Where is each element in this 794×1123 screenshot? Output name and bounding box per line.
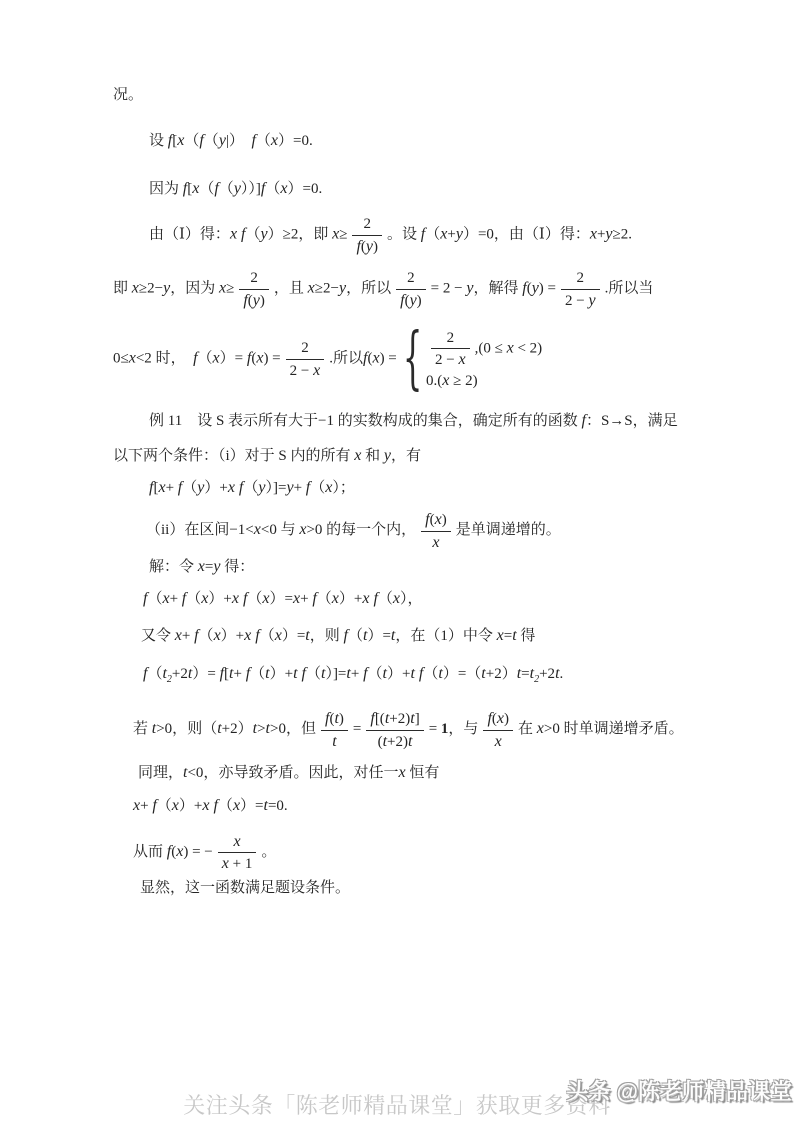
text-run: x <box>497 710 504 727</box>
text-run: ) <box>339 711 344 727</box>
text-run: （ <box>199 181 214 197</box>
text-run: ≥ <box>226 281 234 297</box>
text-run: 由（Ⅰ）得： <box>149 226 230 242</box>
text-run: ）]= <box>266 480 287 496</box>
text-run: ≥ 2) <box>449 373 477 389</box>
text-run: ）= <box>270 591 293 607</box>
text-run: 恒有 <box>406 765 440 781</box>
text-run: x <box>132 280 139 297</box>
text-run: +2) <box>389 711 410 727</box>
text-run: 。 <box>261 844 276 860</box>
fraction-denominator: 2 − x <box>431 349 470 369</box>
text-run: y <box>261 225 268 242</box>
text-run: x <box>233 833 240 850</box>
fraction: f(x)x <box>483 709 513 750</box>
text-run: 显然，这一函数满足题设条件。 <box>140 880 350 896</box>
text-run: ) = <box>263 351 280 367</box>
text-run: （ <box>306 666 321 682</box>
text-run: x f <box>202 797 218 814</box>
document-content: 况。设 f[x（f（y|） f（x）=0.因为 f[x（f（y））]f（x）=0… <box>113 84 695 900</box>
fraction-numerator: 2 <box>286 339 325 360</box>
text-run: t f <box>410 665 423 682</box>
text-run: +2 <box>539 666 555 682</box>
text-run: + <box>233 666 245 682</box>
text-run: ）= <box>240 798 263 814</box>
text-run: ≥2. <box>613 226 632 242</box>
text-run: 以下两个条件：（i）对于 S 内的所有 <box>113 448 354 464</box>
text-run: 2 <box>363 216 371 232</box>
text-run: t <box>332 733 336 750</box>
text-run: ）=0. <box>278 133 313 149</box>
text-run: 但 <box>301 721 316 737</box>
text-run: ) <box>504 711 509 727</box>
fraction-denominator: t <box>321 731 348 751</box>
text-run: ， <box>274 281 289 297</box>
text-run: x <box>507 339 514 356</box>
text-run: x <box>175 627 182 644</box>
text-run: <2 <box>136 351 156 367</box>
text-run: + <box>300 591 312 607</box>
text-run: ) = <box>539 281 556 297</box>
text-run: 2 <box>301 340 309 356</box>
text-run: ）； <box>332 480 355 496</box>
text-run: x <box>372 350 379 367</box>
text-run: ≥2− <box>139 281 163 297</box>
fraction-numerator: 2 <box>431 329 470 350</box>
text-run: （ <box>260 628 275 644</box>
fraction-numerator: f(x) <box>421 510 451 532</box>
line-cond-ii: （ii）在区间−1<x<0 与 x>0 的每一个内，f(x)x是单调递增的。 <box>113 508 695 553</box>
text-run: ， <box>170 281 185 297</box>
text-run: （ <box>378 591 393 607</box>
text-run: ,(0 ≤ <box>475 340 507 356</box>
line-jie: 解：令 x=y 得： <box>113 555 695 579</box>
fraction-denominator: f(y) <box>239 290 269 310</box>
text-run: + <box>294 480 306 496</box>
text-run: 。设 <box>387 226 421 242</box>
line-xianran: 显然，这一函数满足题设条件。 <box>113 877 695 900</box>
text-run: 和 <box>361 448 384 464</box>
text-run: y <box>234 180 241 197</box>
text-run: =0. <box>268 798 288 814</box>
text-run: y <box>339 280 346 297</box>
fraction-numerator: 2 <box>352 215 382 236</box>
text-run: x <box>271 132 278 149</box>
text-run: x <box>495 733 502 750</box>
fraction: 22 − y <box>561 269 600 309</box>
text-run: （ <box>186 591 201 607</box>
text-run: + 1 <box>229 856 252 872</box>
text-run: ， <box>448 721 463 737</box>
text-run: 例 11 设 S 表示所有大于−1 的实数构成的集合，确定所有的函数 <box>149 413 582 429</box>
text-run: （ <box>310 480 325 496</box>
text-run: x f <box>230 225 246 242</box>
text-run: 得： <box>220 559 254 575</box>
text-run: +2） <box>222 721 253 737</box>
text-run: 0.( <box>426 373 442 389</box>
fraction: f(t)t <box>321 709 348 750</box>
fraction: f(x)x <box>421 510 451 551</box>
text-run: 则（ <box>187 721 217 737</box>
text-run: （ <box>147 666 162 682</box>
line-conger: 从而 f(x) = −xx + 1。 <box>113 830 695 875</box>
text-run: <0 与 <box>261 522 299 538</box>
text-run: ）+ <box>270 666 293 682</box>
fraction-numerator: f[(t+2)t] <box>366 709 423 731</box>
text-run: ≥2− <box>315 281 339 297</box>
text-run: 所以 <box>333 351 363 367</box>
text-run: （ <box>157 798 172 814</box>
text-run: + <box>140 798 152 814</box>
text-run: x <box>308 280 315 297</box>
text-run: 同理， <box>138 765 183 781</box>
line-eq1: f（x+ f（x）+x f（x）=x+ f（x）+x f（x）， <box>113 587 695 611</box>
text-run: x <box>332 590 339 607</box>
text-run: x <box>233 797 240 814</box>
text-run: x <box>262 590 269 607</box>
text-run: （ <box>368 666 383 682</box>
fraction-numerator: x <box>218 832 257 854</box>
line-li11-b: 以下两个条件：（i）对于 S 内的所有 x 和 y，有 <box>113 444 695 468</box>
fraction-numerator: 2 <box>396 269 426 290</box>
text-run: 2 <box>577 270 585 286</box>
text-run: y <box>286 479 293 496</box>
text-run: x <box>313 362 320 379</box>
text-run: x <box>219 280 226 297</box>
text-run: （ <box>423 666 438 682</box>
text-run: +2) <box>387 734 408 750</box>
text-run: x <box>459 351 466 368</box>
text-run: （ <box>219 181 234 197</box>
text-run: x f <box>228 479 244 496</box>
text-run: （ <box>218 798 233 814</box>
text-run: （ <box>204 133 219 149</box>
text-run: <0， <box>187 765 218 781</box>
text-run: = 2 − <box>431 281 467 297</box>
text-run: x f <box>232 590 248 607</box>
text-run: x <box>537 720 544 737</box>
text-run: （ <box>199 628 214 644</box>
text-run: y <box>253 292 260 309</box>
text-run: x <box>254 521 261 538</box>
text-run: ）= <box>220 351 247 367</box>
text-run: ) <box>260 293 265 309</box>
text-run: （ <box>147 591 162 607</box>
line-ruo-t: 若 t>0，则（t+2）t>t>0，但f(t)t=f[(t+2)t](t+2)t… <box>113 707 695 752</box>
text-run: 又令 <box>141 628 175 644</box>
text-run: （ <box>198 351 213 367</box>
fraction-denominator: x <box>483 731 513 751</box>
text-run: + <box>182 628 194 644</box>
text-run: = <box>353 721 361 737</box>
text-run: x <box>162 590 169 607</box>
text-run: 2 − <box>565 293 588 309</box>
fraction-denominator: (t+2)t <box>366 731 423 751</box>
footer-watermark-right: 头条 @陈老师精品课堂 <box>566 1075 792 1106</box>
text-run: （ii）在区间−1< <box>146 522 254 538</box>
line-eq-zero: x+ f（x）+x f（x）=t=0. <box>113 794 695 818</box>
text-run: 从而 <box>133 844 167 860</box>
text-run: y <box>410 292 417 309</box>
text-run: x <box>129 350 136 367</box>
text-run: ) = <box>380 351 397 367</box>
text-run: 2 <box>250 270 258 286</box>
text-run: （ <box>250 666 265 682</box>
fraction-denominator: x + 1 <box>218 853 257 873</box>
text-run: 在（1）中令 <box>410 628 496 644</box>
text-run: 时单调递增矛盾。 <box>564 721 684 737</box>
text-run: 解得 <box>488 281 522 297</box>
document-page: 况。设 f[x（f（y|） f（x）=0.因为 f[x（f（y））]f（x）=0… <box>0 0 794 1123</box>
text-run: 2 − <box>435 352 458 368</box>
fraction: 22 − x <box>286 339 325 379</box>
fraction: f[(t+2)t](t+2)t <box>366 709 423 750</box>
text-run: [( <box>375 711 385 727</box>
fraction-denominator: f(y) <box>396 290 426 310</box>
case-row: 0.(x ≥ 2) <box>426 371 478 392</box>
fraction: 22 − x <box>431 329 470 369</box>
text-run: x <box>198 558 205 575</box>
text-run: 时， <box>156 351 194 367</box>
text-run: ）+ <box>221 628 244 644</box>
text-run: 由（Ⅰ）得： <box>509 226 590 242</box>
text-run: x <box>398 764 405 781</box>
text-run: y <box>219 132 226 149</box>
text-run: （ <box>247 591 262 607</box>
fraction-numerator: 2 <box>561 269 600 290</box>
text-run: 且 <box>289 281 308 297</box>
fraction: 2f(y) <box>239 269 269 309</box>
text-run: ）+ <box>204 480 227 496</box>
text-run: ) <box>417 293 422 309</box>
line-tongli: 同理，t<0，亦导致矛盾。因此，对任一x 恒有 <box>113 761 695 785</box>
text-run: 即 <box>113 281 132 297</box>
line-she-f: 设 f[x（f（y|） f（x）=0. <box>113 129 695 153</box>
footer-watermark-center: 关注头条「陈老师精品课堂」获取更多资料 <box>183 1089 611 1120</box>
text-run: 与 <box>463 721 478 737</box>
text-run: ）= <box>192 666 219 682</box>
fraction: 2f(y) <box>396 269 426 309</box>
fraction-denominator: 2 − x <box>286 360 325 380</box>
text-run: = <box>521 666 529 682</box>
text-run: ）=0， <box>463 226 509 242</box>
text-run: y <box>366 238 373 255</box>
text-run: x <box>590 225 597 242</box>
text-run: x <box>222 855 229 872</box>
text-run: x <box>432 534 439 551</box>
text-run: 若 <box>133 721 152 737</box>
text-run: （ <box>184 133 199 149</box>
text-run: ：S→S，满足 <box>586 413 678 429</box>
text-run: ] <box>415 711 420 727</box>
fraction-numerator: f(x) <box>483 709 513 731</box>
text-run: ) <box>442 512 447 528</box>
text-run: ）+ <box>387 666 410 682</box>
text-run: 是单调递增的。 <box>456 522 561 538</box>
text-run: 所以当 <box>608 281 653 297</box>
text-run: x <box>497 627 504 644</box>
line-ji-x: 即 x≥2−y，因为 x≥2f(y)，且 x≥2−y，所以2f(y)= 2 − … <box>113 267 695 311</box>
text-run: 因为 <box>185 281 219 297</box>
text-run: x f <box>362 590 378 607</box>
text-run: （ <box>265 181 280 197</box>
text-run: 2 <box>407 270 415 286</box>
case-row: 22 − x,(0 ≤ x < 2) <box>426 327 542 371</box>
line-yinwei: 因为 f[x（f（y））]f（x）=0. <box>113 177 695 201</box>
text-run: ， <box>310 628 325 644</box>
fraction: 2f(y) <box>352 215 382 255</box>
text-run: x <box>172 797 179 814</box>
fraction-denominator: x <box>421 532 451 552</box>
text-run: 得 <box>517 628 536 644</box>
text-run: y <box>456 225 463 242</box>
text-run: + <box>170 591 182 607</box>
text-run: 因为 <box>149 181 183 197</box>
text-run: + <box>447 226 455 242</box>
line-youling: 又令 x+ f（x）+x f（x）=t，则 f（t）=t，在（1）中令 x=t … <box>113 624 695 648</box>
text-run: >0 的每一个内， <box>306 522 416 538</box>
text-run: ））] <box>241 181 261 197</box>
text-run: > <box>257 721 265 737</box>
fraction-denominator: 2 − y <box>561 290 600 310</box>
text-run: 0≤ <box>113 351 129 367</box>
text-run: x <box>213 350 220 367</box>
text-run: ）+ <box>179 798 202 814</box>
text-run: x <box>280 180 287 197</box>
text-run: = <box>504 628 512 644</box>
text-run: 2 − <box>290 363 313 379</box>
text-run: 则 <box>325 628 344 644</box>
text-run: x <box>214 627 221 644</box>
text-run: y <box>532 280 539 297</box>
text-run: >0 <box>544 721 564 737</box>
fraction-numerator: f(t) <box>321 709 348 731</box>
text-run: ≥ <box>339 226 347 242</box>
text-run: （ <box>425 226 440 242</box>
text-run: ）≥2， <box>268 226 314 242</box>
text-run: x <box>158 479 165 496</box>
text-run: y <box>588 292 595 309</box>
text-run: < 2) <box>514 340 542 356</box>
text-run: y <box>605 225 612 242</box>
text-run: = <box>429 721 441 737</box>
text-run: ) = − <box>183 844 212 860</box>
line-li11-a: 例 11 设 S 表示所有大于−1 的实数构成的集合，确定所有的函数 f：S→S… <box>113 409 695 433</box>
text-run: ）]= <box>325 666 346 682</box>
piecewise-cases: {22 − x,(0 ≤ x < 2)0.(x ≥ 2) <box>401 325 542 393</box>
text-run: （ <box>317 591 332 607</box>
text-run: ) <box>373 239 378 255</box>
text-run: t f <box>293 665 306 682</box>
text-run: x f <box>244 627 260 644</box>
text-run: ）= <box>282 628 305 644</box>
text-run: ）+ <box>208 591 231 607</box>
text-run: ）=（ <box>443 666 481 682</box>
line-piecewise: 0≤x<2 时， f（x）= f(x) =22 − x.所以f(x) ={22 … <box>113 325 695 393</box>
text-run: （ <box>243 480 258 496</box>
text-run: ， <box>346 281 361 297</box>
text-run: +2 <box>172 666 188 682</box>
text-run: |） <box>226 133 252 149</box>
text-run: . <box>560 666 564 682</box>
line-cond-i: f[x+ f（y）+x f（y）]=y+ f（x）； <box>113 476 695 500</box>
text-run: ）=0. <box>288 181 323 197</box>
text-run: 解：令 <box>149 559 198 575</box>
text-run: ）= <box>367 628 390 644</box>
text-run: （ <box>182 480 197 496</box>
text-run: 2 <box>447 330 455 346</box>
line-eq-t2: f（t2+2t）= f[t+ f（t）+t f（t）]=t+ f（t）+t f（… <box>113 662 695 691</box>
text-run: t <box>408 733 412 750</box>
text-run: ）， <box>400 591 423 607</box>
text-run: x <box>275 627 282 644</box>
text-run: y <box>384 447 391 464</box>
text-run: ，有 <box>391 448 421 464</box>
fraction-denominator: f(y) <box>352 236 382 256</box>
line-you1-de: 由（Ⅰ）得：x f（y）≥2，即 x≥2f(y)。设 f（x+y）=0，由（Ⅰ）… <box>113 213 695 257</box>
text-run: >0， <box>270 721 301 737</box>
fraction-numerator: 2 <box>239 269 269 290</box>
text-run: + <box>351 666 363 682</box>
text-run: x <box>393 590 400 607</box>
text-run: 即 <box>313 226 332 242</box>
text-run: （ <box>256 133 271 149</box>
curly-brace: { <box>403 325 422 393</box>
text-run: ， <box>473 281 488 297</box>
text-run: 亦导致矛盾。因此，对任一 <box>218 765 398 781</box>
text-run: （ <box>348 628 363 644</box>
text-run: + <box>166 480 178 496</box>
text-run: 设 <box>149 133 168 149</box>
text-run: ， <box>395 628 410 644</box>
text-run: >0， <box>156 721 187 737</box>
text-run: （ <box>245 226 260 242</box>
text-run: x <box>435 511 442 528</box>
text-run: +2） <box>486 666 517 682</box>
line-kuang: 况。 <box>113 84 695 107</box>
text-run: 况。 <box>113 87 143 103</box>
text-run: ）+ <box>339 591 362 607</box>
text-run: 在 <box>518 721 537 737</box>
text-run: y <box>258 479 265 496</box>
text-run: 所以 <box>361 281 391 297</box>
fraction: xx + 1 <box>218 832 257 873</box>
